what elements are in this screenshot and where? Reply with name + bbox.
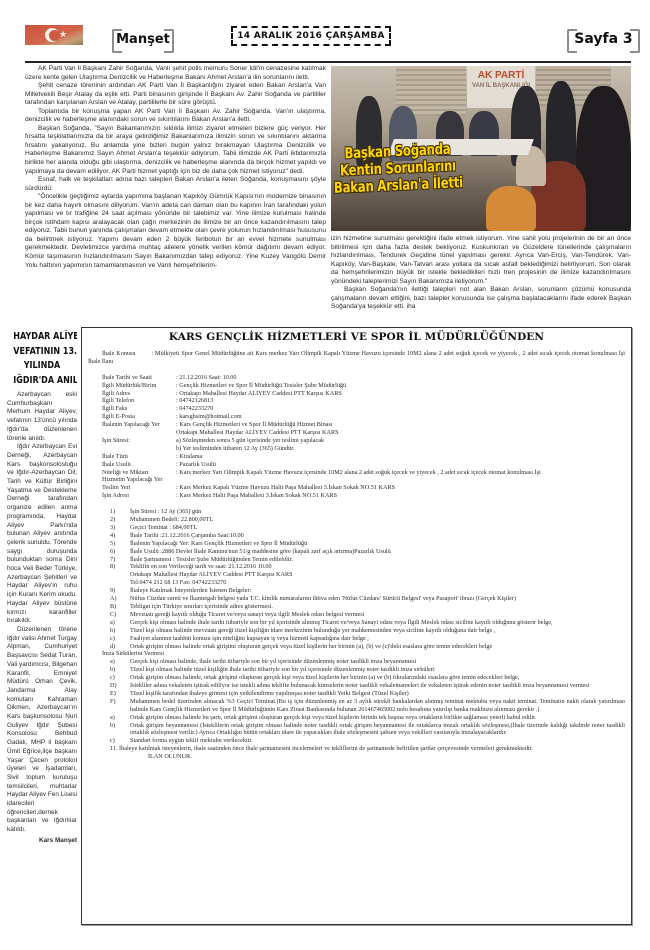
item-text: Ortak girişim olması halinde ortak giriş… <box>130 643 625 651</box>
article-body-left: AK Parti Van İl Başkanı Zahir Soğanda, V… <box>25 65 326 331</box>
item-number: d) <box>88 643 130 651</box>
item-number: b) <box>88 627 130 635</box>
field-label: İlgili Telefon <box>88 397 176 405</box>
requirement-item: c)Faaliyet alanının taahhüt konusu işin … <box>88 635 625 643</box>
item-number: 4) <box>88 532 130 540</box>
item-number: a) <box>88 619 130 627</box>
numbered-item: 7)İhale Şartnamesi : Tesisler Şube Müdür… <box>88 556 625 564</box>
item-text: Tel:0474 212 68 13 Fax: 04742233270 <box>130 579 625 587</box>
item-text: Tebligat için Türkiye sınırları içerisin… <box>130 603 625 611</box>
field-label <box>88 429 176 437</box>
signature-item: a)Ortak girişim olması halinde bu şartı,… <box>88 714 625 722</box>
item-number: c) <box>88 737 130 745</box>
field-label: Teslim Yeri <box>88 484 176 492</box>
requirement-item: B)Tebligat için Türkiye sınırları içeris… <box>88 603 625 611</box>
article-paragraph: AK Parti Van İl Başkanı Zahir Soğanda, V… <box>25 65 326 82</box>
field-label: İhale Türü <box>88 453 176 461</box>
item-text: Ortak girişim beyannamesi (İsteklilerin … <box>130 722 625 738</box>
signature-item: E)Tüzel kişilik tarafından ihaleye girme… <box>88 690 625 698</box>
closing-paragraph: 11. İhaleye katılmak isteyenlerin, ihale… <box>88 745 625 753</box>
notice-field: İlgili E-Posta: karsghsim@hotmail.com <box>88 413 625 421</box>
item-number: b) <box>88 666 130 674</box>
photo-headline: Başkan Soğanda Kentin Sorunlarını Bakan … <box>331 140 465 197</box>
field-value: Ortakapı Mahallesi Haydar ALİYEV Caddesi… <box>176 429 625 437</box>
field-label: İlgili Müdürlük/Birim <box>88 382 176 390</box>
item-number: B) <box>88 603 130 611</box>
notice-subject: İhale Konusu : Mülkiyeti Spor Genel Müdü… <box>88 350 625 366</box>
field-value: : Mülkiyeti Spor Genel Müdürlüğüne ait K… <box>88 350 625 365</box>
notice-field: Ortakapı Mahallesi Haydar ALİYEV Caddesi… <box>88 429 625 437</box>
numbered-item: Ortakapı Mahallesi Haydar ALİYEV Caddesi… <box>88 571 625 579</box>
article-paragraph: Şehit cenaze töreninin ardından AK Parti… <box>25 82 326 108</box>
item-number <box>88 571 130 579</box>
field-label: İşin Adresi <box>88 492 176 500</box>
item-text: Geçici Teminat : 684,00TL <box>130 524 625 532</box>
sidebar-paragraph: Azerbaycan eski Cumhurbaşkanı Merhum Hay… <box>7 391 77 443</box>
field-value: : Kars Merkez Halit Paşa Mahallesi 3.İsk… <box>176 492 625 500</box>
item-text: Muhammen Bedeli: 22.800,00TL <box>130 516 625 524</box>
requirement-item: a)Gerçek kişi olması halinde ihale tarih… <box>88 619 625 627</box>
numbered-item: 2)Muhammen Bedeli: 22.800,00TL <box>88 516 625 524</box>
requirement-item: b)Tüzel kişi olması halinde mevzuatı ger… <box>88 627 625 635</box>
field-label: İlgili E-Posta <box>88 413 176 421</box>
requirement-item: A)Nüfus Cüzdan sureti ve İkametgah belge… <box>88 595 625 603</box>
header-divider <box>25 61 631 63</box>
article-paragraph: Esnaf, halk ve teşkilatları adına bazı t… <box>25 176 326 193</box>
photo-person <box>486 186 536 231</box>
field-value: : 04742233270 <box>176 405 625 413</box>
item-number: b) <box>88 722 130 738</box>
item-number: C) <box>88 611 130 619</box>
turkish-flag-icon: ★ <box>25 25 83 45</box>
item-text: İhale Tarihi :21.12.2016 Çarşamba Saat:1… <box>130 532 625 540</box>
crescent-icon <box>45 28 59 42</box>
notice-field: Teslim Yeri: Kars Merkez Kapalı Yüzme Ha… <box>88 484 625 492</box>
field-label: İhale Usulü <box>88 461 176 469</box>
field-label: İlgili Faks <box>88 405 176 413</box>
item-number: 8) <box>88 563 130 571</box>
field-value: : Kars Merkez Kapalı Yüzme Havuzu Halit … <box>176 484 625 492</box>
notice-field: İhale Türü: Kiralama <box>88 453 625 461</box>
item-text: İhale Usulü :2886 Devlet İhale Kanunu'nu… <box>130 548 625 556</box>
requirement-item: C)Mevzuatı gereği kayıtlı olduğu Ticaret… <box>88 611 625 619</box>
notice-field: İlgili Faks : 04742233270 <box>88 405 625 413</box>
signature-item: F)Muhammen bedel üzerinden alınacak %3 G… <box>88 698 625 714</box>
item-number: 1) <box>88 508 130 516</box>
field-value <box>228 476 625 484</box>
item-number: 7) <box>88 556 130 564</box>
item-number: F) <box>88 698 130 714</box>
item-text: Ortak girişim olması halinde, ortak giri… <box>130 674 625 682</box>
item-text: Standart forma uygun teklif mektubu veri… <box>130 737 625 745</box>
item-text: Faaliyet alanının taahhüt konusu işin ni… <box>130 635 625 643</box>
headline-line: Bakan Arslan'a İletti <box>332 174 465 197</box>
field-label: Hizmetin Yapılacağı Yer <box>88 476 228 484</box>
item-text: İstekliler adına vekaleten iştirak edili… <box>130 682 625 690</box>
sidebar-title-line: YILINDA <box>13 359 70 374</box>
signature-item: c) Standart forma uygun teklif mektubu v… <box>88 737 625 745</box>
page-number-label: Sayfa 3 <box>567 29 640 49</box>
sidebar-title-line: HAYDAR ALİYEV <box>13 330 70 345</box>
numbered-item: Tel:0474 212 68 13 Fax: 04742233270 <box>88 579 625 587</box>
article-photo: AK PARTİ VAN İL BAŞKANLIĞI Başkan Soğand… <box>331 66 631 231</box>
party-sign-title: AK PARTİ <box>478 70 524 81</box>
requirement-item: d)Ortak girişim olması halinde ortak gir… <box>88 643 625 651</box>
field-value: : Ortakapı Mahallesi Haydar ALİYEV Cadde… <box>176 390 625 398</box>
item-number: E) <box>88 690 130 698</box>
article-paragraph: Toplantıda bir konuşma yapan AK Parti Va… <box>25 108 326 125</box>
field-label: İhale Tarihi ve Saati <box>88 374 176 382</box>
numbered-item: 3)Geçici Teminat : 684,00TL <box>88 524 625 532</box>
article-paragraph: Başkan Soğanda, "Sayın Bakanlarımızın sı… <box>25 125 326 176</box>
field-value: a) Sözleşmeden sonra 5 gün içerisinde ye… <box>176 437 625 445</box>
field-value: : 21.12.2016 Saat: 10.00 <box>176 374 625 382</box>
field-value: : Pazarlık Usulü <box>176 461 625 469</box>
item-text: Tüzel kişi olması halinde mevzuatı gereğ… <box>130 627 625 635</box>
numbered-item: 8)Teklifin en son Verileceği tarih ve sa… <box>88 563 625 571</box>
issue-date: 14 ARALIK 2016 ÇARŞAMBA <box>231 26 391 46</box>
item-text: İhaleye Katılmak İsteyenlerden İstenen B… <box>130 587 625 595</box>
item-text: Gerçek kişi olması halinde ihale tarihi … <box>130 619 625 627</box>
signature-heading: İmza Sirkülerini Vermesi <box>88 650 625 658</box>
item-number: c) <box>88 635 130 643</box>
field-value: : Kars merkez Yarı Olimpik Kapalı Yüzme … <box>176 469 625 477</box>
item-number: 5) <box>88 540 130 548</box>
signature-item: c)Ortak girişim olması halinde, ortak gi… <box>88 674 625 682</box>
item-number: c) <box>88 674 130 682</box>
notice-field: İlgili Müdürlük/Birim: Gençlik Hizmetler… <box>88 382 625 390</box>
signature-item: b)Tüzel kişi olması halinde tüzel kişili… <box>88 666 625 674</box>
item-number <box>88 579 130 587</box>
notice-title: KARS GENÇLİK HİZMETLERİ VE SPOR İL MÜDÜR… <box>88 331 625 343</box>
tender-notice: KARS GENÇLİK HİZMETLERİ VE SPOR İL MÜDÜR… <box>81 327 632 925</box>
field-value: : 04742126813 <box>176 397 625 405</box>
field-label: İhale Konusu <box>88 350 136 357</box>
numbered-item: 6)İhale Usulü :2886 Devlet İhale Kanunu'… <box>88 548 625 556</box>
sidebar-body: Azerbaycan eski Cumhurbaşkanı Merhum Hay… <box>7 391 77 846</box>
notice-field: Hizmetin Yapılacağı Yer <box>88 476 625 484</box>
notice-signoff: İLAN OLUNUR. <box>88 753 625 761</box>
sidebar-story: HAYDAR ALİYEV VEFATININ 13. YILINDA IĞDI… <box>7 330 77 935</box>
field-value: b) Yer tesliminden itibaren 12 Ay (365) … <box>176 445 625 453</box>
sidebar-byline: Kars Manşet <box>7 837 77 846</box>
notice-field: İhale Tarihi ve Saati: 21.12.2016 Saat: … <box>88 374 625 382</box>
item-text: Teklifin en son Verileceği tarih ve saat… <box>130 563 625 571</box>
notice-field: İşin Adresi: Kars Merkez Halit Paşa Maha… <box>88 492 625 500</box>
notice-field: İlgili Adres: Ortakapı Mahallesi Haydar … <box>88 390 625 398</box>
article-paragraph: Başkan Soğanda'nın ilettiği talepleri no… <box>331 286 631 312</box>
field-value: : Gençlik Hizmetleri ve Spor İl Müdürlüğ… <box>176 382 625 390</box>
item-text: Ortakapı Mahallesi Haydar ALİYEV Caddesi… <box>130 571 625 579</box>
item-text: İhalenin Yapılacağı Yer: Kars Gençlik Hi… <box>130 540 625 548</box>
numbered-item: 4)İhale Tarihi :21.12.2016 Çarşamba Saat… <box>88 532 625 540</box>
item-text: İşin Süresi : 12 Ay (365) gün <box>130 508 625 516</box>
item-number: D) <box>88 682 130 690</box>
signature-item: b)Ortak girişim beyannamesi (İsteklileri… <box>88 722 625 738</box>
sidebar-paragraph: Iğdır Azerbaycan Evi Derneği, Azerbaycan… <box>7 443 77 626</box>
item-number: 3) <box>88 524 130 532</box>
item-number: 2) <box>88 516 130 524</box>
notice-field: İhale Usulü: Pazarlık Usulü <box>88 461 625 469</box>
field-label: Niteliği ve Miktarı <box>88 469 176 477</box>
notice-field: Niteliği ve Miktarı: Kars merkez Yarı Ol… <box>88 469 625 477</box>
item-number: 6) <box>88 548 130 556</box>
numbered-item: 5)İhalenin Yapılacağı Yer: Kars Gençlik … <box>88 540 625 548</box>
item-text: Tüzel kişi olması halinde tüzel kişiliği… <box>130 666 625 674</box>
item-number: A) <box>88 595 130 603</box>
sidebar-paragraph: Düzenlenen törene Iğdır valisi Ahmet Tur… <box>7 626 77 835</box>
field-label: İşin Süresi: <box>88 437 176 445</box>
sidebar-title-line: VEFATININ 13. <box>13 345 70 360</box>
section-label: Manşet <box>112 29 174 49</box>
notice-field: İşin Süresi:a) Sözleşmeden sonra 5 gün i… <box>88 437 625 445</box>
email-value: : karsghsim@hotmail.com <box>176 413 625 421</box>
article-body-right: izin hizmetine sunulması gerektiğini ifa… <box>331 235 631 331</box>
field-label: İlgili Adres <box>88 390 176 398</box>
item-text: Gerçek kişi olması halinde, ihale tarihi… <box>130 658 625 666</box>
item-text: Tüzel kişilik tarafından ihaleye girmesi… <box>130 690 625 698</box>
field-value: : Kiralama <box>176 453 625 461</box>
star-icon: ★ <box>59 29 67 39</box>
signature-item: D)İstekliler adına vekaleten iştirak edi… <box>88 682 625 690</box>
numbered-item: 1)İşin Süresi : 12 Ay (365) gün <box>88 508 625 516</box>
field-label <box>88 445 176 453</box>
item-text: Nüfus Cüzdan sureti ve İkametgah belgesi… <box>130 595 625 603</box>
article-paragraph: "Öncelikle geçtiğimiz aylarda yapımına b… <box>25 193 326 270</box>
article-paragraph: izin hizmetine sunulması gerektiğini ifa… <box>331 235 631 286</box>
field-label: İhalenin Yapılacağı Yer <box>88 421 176 429</box>
item-number: a) <box>88 658 130 666</box>
photo-person <box>546 81 576 171</box>
item-text: Muhammen bedel üzerinden alınacak %3 Geç… <box>130 698 625 714</box>
notice-field: b) Yer tesliminden itibaren 12 Ay (365) … <box>88 445 625 453</box>
notice-field: İhalenin Yapılacağı Yer: Kars Gençlik Hi… <box>88 421 625 429</box>
field-value: : Kars Gençlik Hizmetleri ve Spor İl Müd… <box>176 421 625 429</box>
item-number: 9) <box>88 587 130 595</box>
signature-item: a)Gerçek kişi olması halinde, ihale tari… <box>88 658 625 666</box>
item-number: a) <box>88 714 130 722</box>
sidebar-title-line: IĞDIR'DA ANILDI <box>13 374 70 389</box>
item-text: Ortak girişim olması halinde bu şartı, o… <box>130 714 625 722</box>
numbered-item: 9)İhaleye Katılmak İsteyenlerden İstenen… <box>88 587 625 595</box>
item-text: İhale Şartnamesi : Tesisler Şube Müdürlü… <box>130 556 625 564</box>
notice-field: İlgili Telefon: 04742126813 <box>88 397 625 405</box>
item-text: Mevzuatı gereği kayıtlı olduğu Ticaret v… <box>130 611 625 619</box>
